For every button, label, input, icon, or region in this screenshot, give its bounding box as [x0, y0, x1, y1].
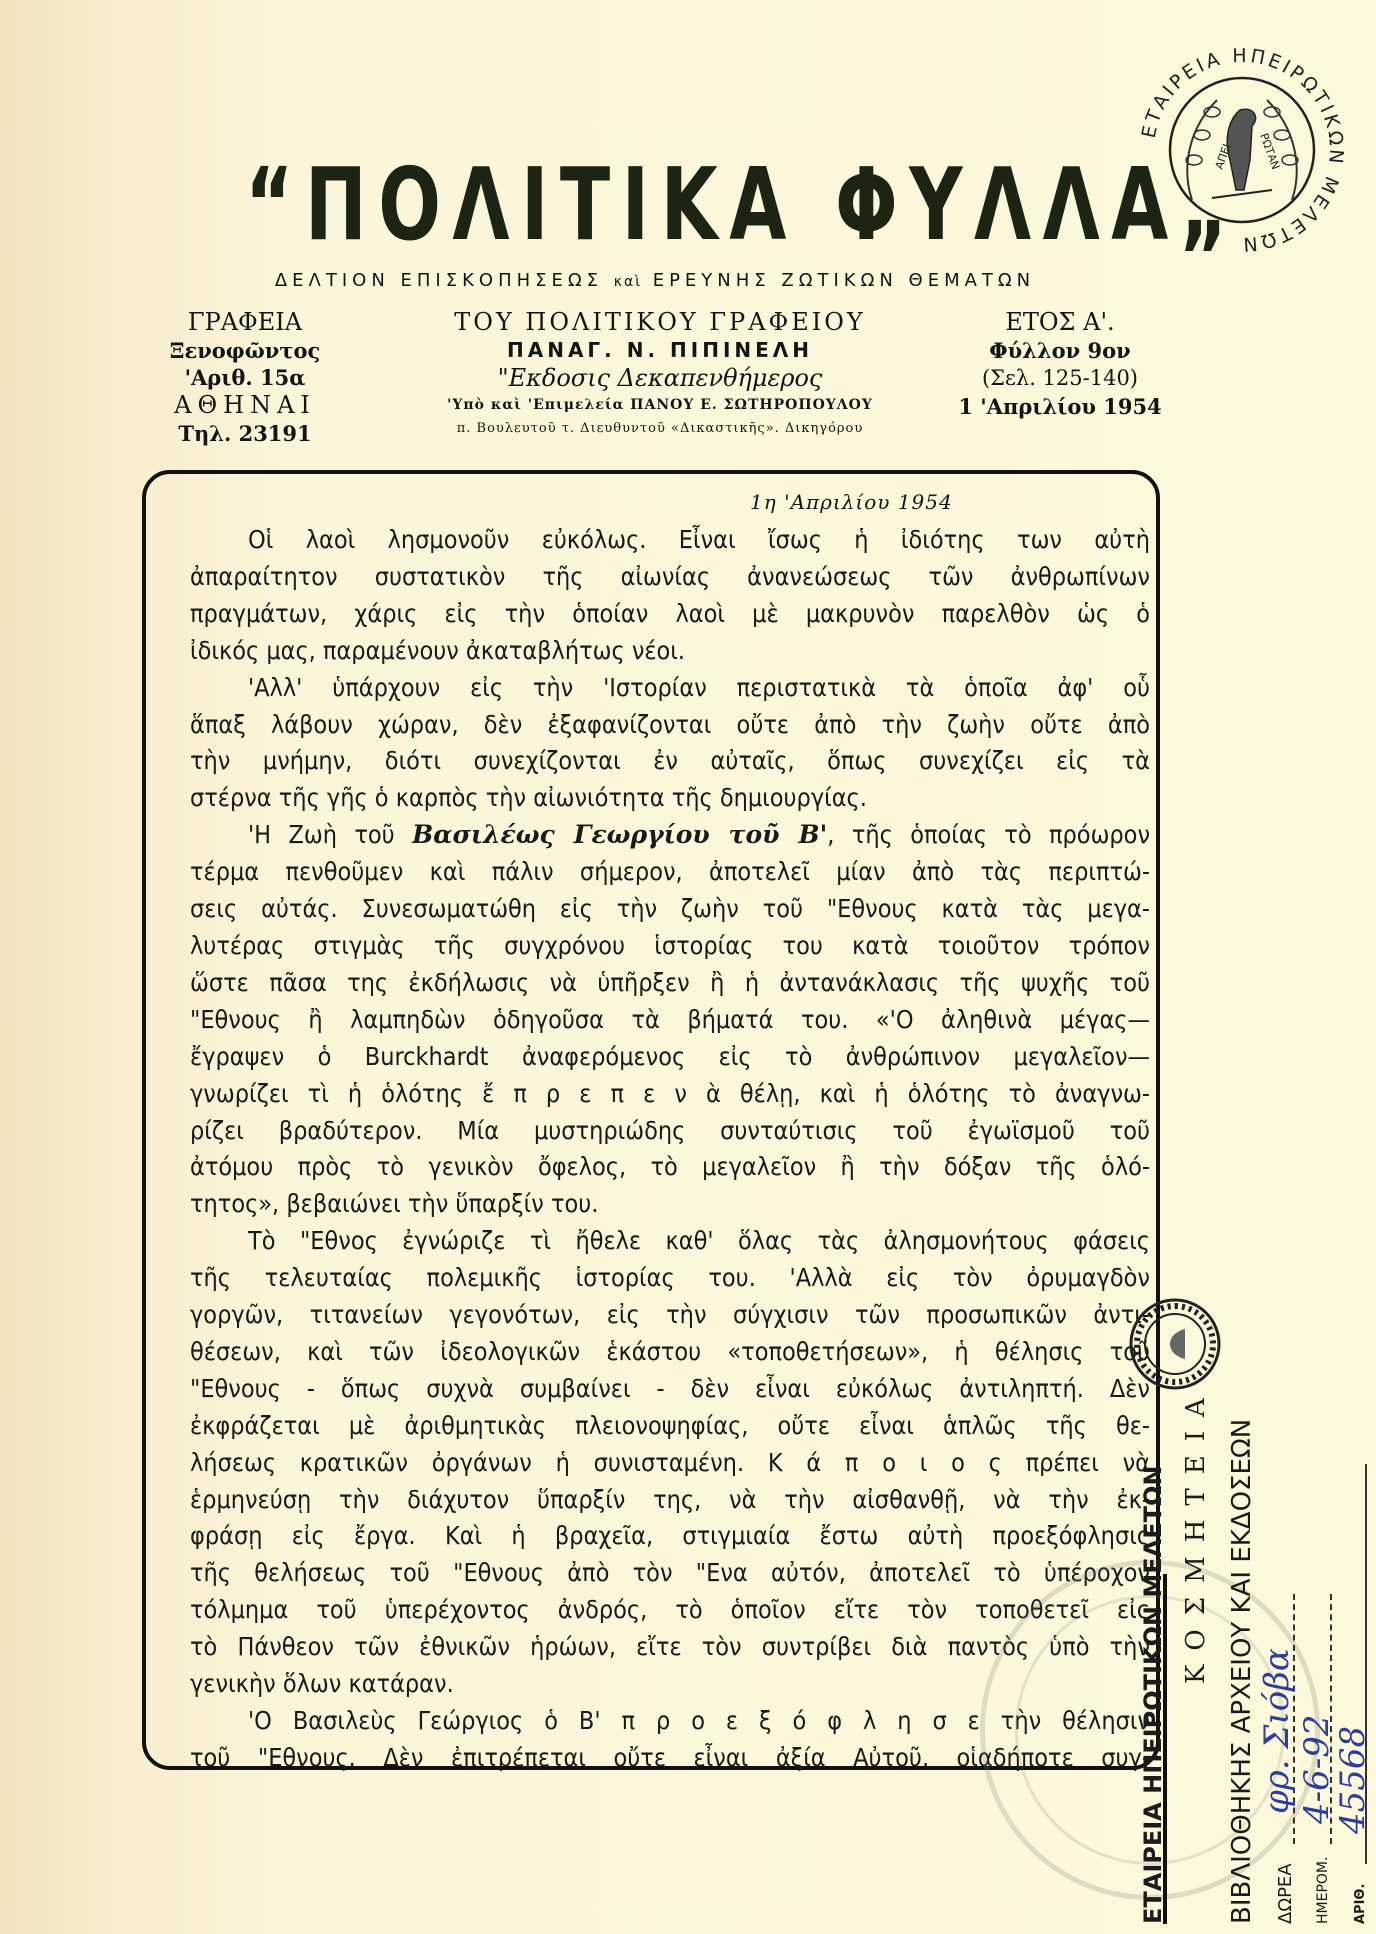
- library-accession-stamp: ΕΤΑΙΡΕΙΑ ΗΠΕΙΡΩΤΙΚΩΝ ΜΕΛΕΤΩΝ ΚΟΣΜΗΤΕΙΑ Β…: [1125, 1290, 1376, 1934]
- article-line: γοργῶν, τιτανείων γεγονότων, εἰς τὴν σύγ…: [190, 1297, 1150, 1334]
- article-line: ἰδικός μας, παραμένουν ἀκαταβλήτως νέοι.: [190, 633, 1150, 670]
- article-date: 1η 'Απριλίου 1954: [750, 490, 953, 514]
- publisher-line1: ΤΟΥ ΠΟΛΙΤΙΚΟΥ ΓΡΑΦΕΙΟΥ: [360, 308, 960, 337]
- offices-label: ΓΡΑΦΕΙΑ: [160, 308, 330, 337]
- masthead-title: “ΠΟΛΙΤΙΚΑ ΦΥΛΛΑ„: [245, 150, 950, 260]
- subtitle-kai: καὶ: [614, 274, 642, 290]
- article-line: φράσῃ εἰς ἔργα. Καὶ ἡ βραχεῖα, στιγμιαία…: [190, 1518, 1150, 1555]
- stamp-library: ΒΙΒΛΙΟΘΗΚΗΣ ΑΡΧΕΙΟΥ ΚΑΙ ΕΚΔΟΣΕΩΝ: [1227, 1419, 1257, 1924]
- article-line: "Εθνους ἢ λαμπηδὼν ὁδηγοῦσα τὰ βήματά το…: [190, 1002, 1150, 1039]
- article-line: σεις αὐτάς. Συνεσωματώθη εἰς τὴν ζωὴν το…: [190, 891, 1150, 928]
- publisher-editor: 'Υπὸ καὶ 'Επιμελεία ΠΑΝΟΥ Ε. ΣΩΤΗΡΟΠΟΥΛΟ…: [360, 393, 960, 417]
- article-line: ἀπαραίτητον συστατικὸν τῆς αἰωνίας ἀνανε…: [190, 559, 1150, 596]
- article-line: λυτέρας στιγμὰς τῆς συγχρόνου ἱστορίας τ…: [190, 928, 1150, 965]
- article-line: τητος», βεβαιώνει τὴν ὕπαρξίν του.: [190, 1186, 1150, 1223]
- article-line: ἀτόμου πρὸς τὸ γενικὸν ὄφελος, τὸ μεγαλε…: [190, 1149, 1150, 1186]
- article-line: ἔγραψεν ὁ Burckhardt ἀναφερόμενος εἰς τὸ…: [190, 1039, 1150, 1076]
- article-line: ρίζει βραδύτερον. Μία μυστηριώδης συνταύ…: [190, 1113, 1150, 1150]
- stamp-num-value: 45568: [1333, 1726, 1373, 1834]
- article-line: ἅπαξ λάβουν χώραν, δὲν ἐξαφανίζονται οὔτ…: [190, 707, 1150, 744]
- article-line: "Εθνους - ὅπως συχνὰ συμβαίνει - δὲν εἶν…: [190, 1371, 1150, 1408]
- offices-number: 'Αριθ. 15α: [160, 364, 330, 391]
- stamp-dorea-label: ΔΩΡΕΑ: [1275, 1863, 1296, 1924]
- stamp-date-label: ΗΜΕΡΟΜ.: [1315, 1857, 1331, 1924]
- article-line: τὴν μνήμην, διότι συνεχίζονται ἐν αὐταῖς…: [190, 743, 1150, 780]
- article-line: πραγμάτων, χάρις εἰς τὴν ὁποίαν λαοὶ μὲ …: [190, 596, 1150, 633]
- article-line: γνωρίζει τὶ ἡ ὁλότης ἔ π ρ ε π ε ν ὰ θέλ…: [190, 1076, 1150, 1113]
- issue-date: 1 'Απριλίου 1954: [950, 393, 1170, 420]
- publisher-editor-title: π. Βουλευτοῦ τ. Διευθυντοῦ «Δικαστικῆς».…: [360, 417, 960, 441]
- stamp-dorea-value: φρ. Σιόβα: [1257, 1648, 1297, 1814]
- issue-year: ΕΤΟΣ Α'.: [950, 308, 1170, 337]
- offices-street: Ξενοφῶντος: [160, 337, 330, 364]
- publisher-name: ΠΑΝΑΓ. Ν. ΠΙΠΙΝΕΛΗ: [360, 337, 960, 363]
- article-line: 'Η Ζωὴ τοῦ Βασιλέως Γεωργίου τοῦ Β', τῆς…: [190, 817, 1150, 854]
- subtitle-part2: ΕΡΕΥΝΗΣ ΖΩΤΙΚΩΝ ΘΕΜΑΤΩΝ: [653, 270, 1035, 291]
- article-line: 'Αλλ' ὑπάρχουν εἰς τὴν 'Ιστορίαν περιστα…: [190, 670, 1150, 707]
- subtitle-part1: ΔΕΛΤΙΟΝ ΕΠΙΣΚΟΠΗΣΕΩΣ: [275, 270, 603, 291]
- stamp-dean: ΚΟΣΜΗΤΕΙΑ: [1181, 1384, 1211, 1684]
- eagle-seal-icon: ΕΤΑΙΡΕΙΑ ΗΠΕΙΡΩΤΙΚΩΝ ΜΕΛΕΤΩΝ ΑΠΕΙ ΡΩΤΑΝ: [1132, 40, 1352, 260]
- society-seal: ΕΤΑΙΡΕΙΑ ΗΠΕΙΡΩΤΙΚΩΝ ΜΕΛΕΤΩΝ ΑΠΕΙ ΡΩΤΑΝ: [1132, 40, 1352, 260]
- article-line: ὥστε πᾶσα της ἐκδήλωσις νὰ ὑπῆρξεν ἢ ἡ ἀ…: [190, 965, 1150, 1002]
- publisher-frequency: "Εκδοσις Δεκαπενθήμερος: [360, 363, 960, 393]
- offices-phone: Τηλ. 23191: [160, 420, 330, 447]
- publisher-block: ΤΟΥ ΠΟΛΙΤΙΚΟΥ ΓΡΑΦΕΙΟΥ ΠΑΝΑΓ. Ν. ΠΙΠΙΝΕΛ…: [360, 308, 960, 441]
- article-line: θέσεων, καὶ τῶν ἰδεολογικῶν ἑκάστου «τοπ…: [190, 1334, 1150, 1371]
- article-body: Οἱ λαοὶ λησμονοῦν εὐκόλως. Εἶναι ἴσως ἡ …: [190, 522, 1160, 1777]
- article-text: 'Η Ζωὴ τοῦ: [248, 820, 412, 849]
- article-line: Τὸ "Εθνος ἐγνώριζε τὶ ἤθελε καθ' ὅλας τὰ…: [190, 1223, 1150, 1260]
- article-line: ἐκφράζεται μὲ ἀριθμητικὰς πλειονοψηφίας,…: [190, 1408, 1150, 1445]
- stamp-num-label: ΑΡΙΘ.: [1353, 1884, 1368, 1924]
- article-line: τῆς τελευταίας πολεμικῆς ἱστορίας του. '…: [190, 1260, 1150, 1297]
- stamp-org-rule: [1137, 1574, 1167, 1924]
- svg-text:ΡΩΤΑΝ: ΡΩΤΑΝ: [1257, 132, 1282, 172]
- masthead-subtitle: ΔΕΛΤΙΟΝ ΕΠΙΣΚΟΠΗΣΕΩΣ καὶ ΕΡΕΥΝΗΣ ΖΩΤΙΚΩΝ…: [175, 270, 1135, 291]
- issue-block: ΕΤΟΣ Α'. Φύλλον 9ον (Σελ. 125-140) 1 'Απ…: [950, 308, 1170, 420]
- article-line: λήσεως κρατικῶν ὀργάνων ἡ συνισταμένη. Κ…: [190, 1445, 1150, 1482]
- offices-city: ΑΘΗΝΑΙ: [160, 391, 330, 420]
- article-line: Οἱ λαοὶ λησμονοῦν εὐκόλως. Εἶναι ἴσως ἡ …: [190, 522, 1150, 559]
- small-society-seal-icon: [1125, 1294, 1225, 1394]
- article-line: ἑρμηνεύσῃ τὴν διάχυτον ὕπαρξίν της, νὰ τ…: [190, 1482, 1150, 1519]
- stamp-date-value: 4-6-92: [1297, 1714, 1337, 1824]
- article-line: τόλμημα τοῦ ὑπερέχοντος ἀνδρός, τὸ ὁποῖο…: [190, 1592, 1150, 1629]
- article-line: στέρνα τῆς γῆς ὁ καρπὸς τὴν αἰωνιότητα τ…: [190, 780, 1150, 817]
- offices-block: ΓΡΑΦΕΙΑ Ξενοφῶντος 'Αριθ. 15α ΑΘΗΝΑΙ Τηλ…: [160, 308, 330, 447]
- king-name-emphasis: Βασιλέως Γεωργίου τοῦ Β': [412, 820, 827, 849]
- article-line: τέρμα πενθοῦμεν καὶ πάλιν σήμερον, ἀποτε…: [190, 854, 1150, 891]
- issue-pages: (Σελ. 125-140): [950, 364, 1170, 393]
- issue-sheet: Φύλλον 9ον: [950, 337, 1170, 364]
- article-text: , τῆς ὁποίας τὸ πρόωρον: [827, 820, 1150, 849]
- article-line: τῆς θελήσεως τοῦ "Εθνους ἀπὸ τὸν "Ενα αὐ…: [190, 1555, 1150, 1592]
